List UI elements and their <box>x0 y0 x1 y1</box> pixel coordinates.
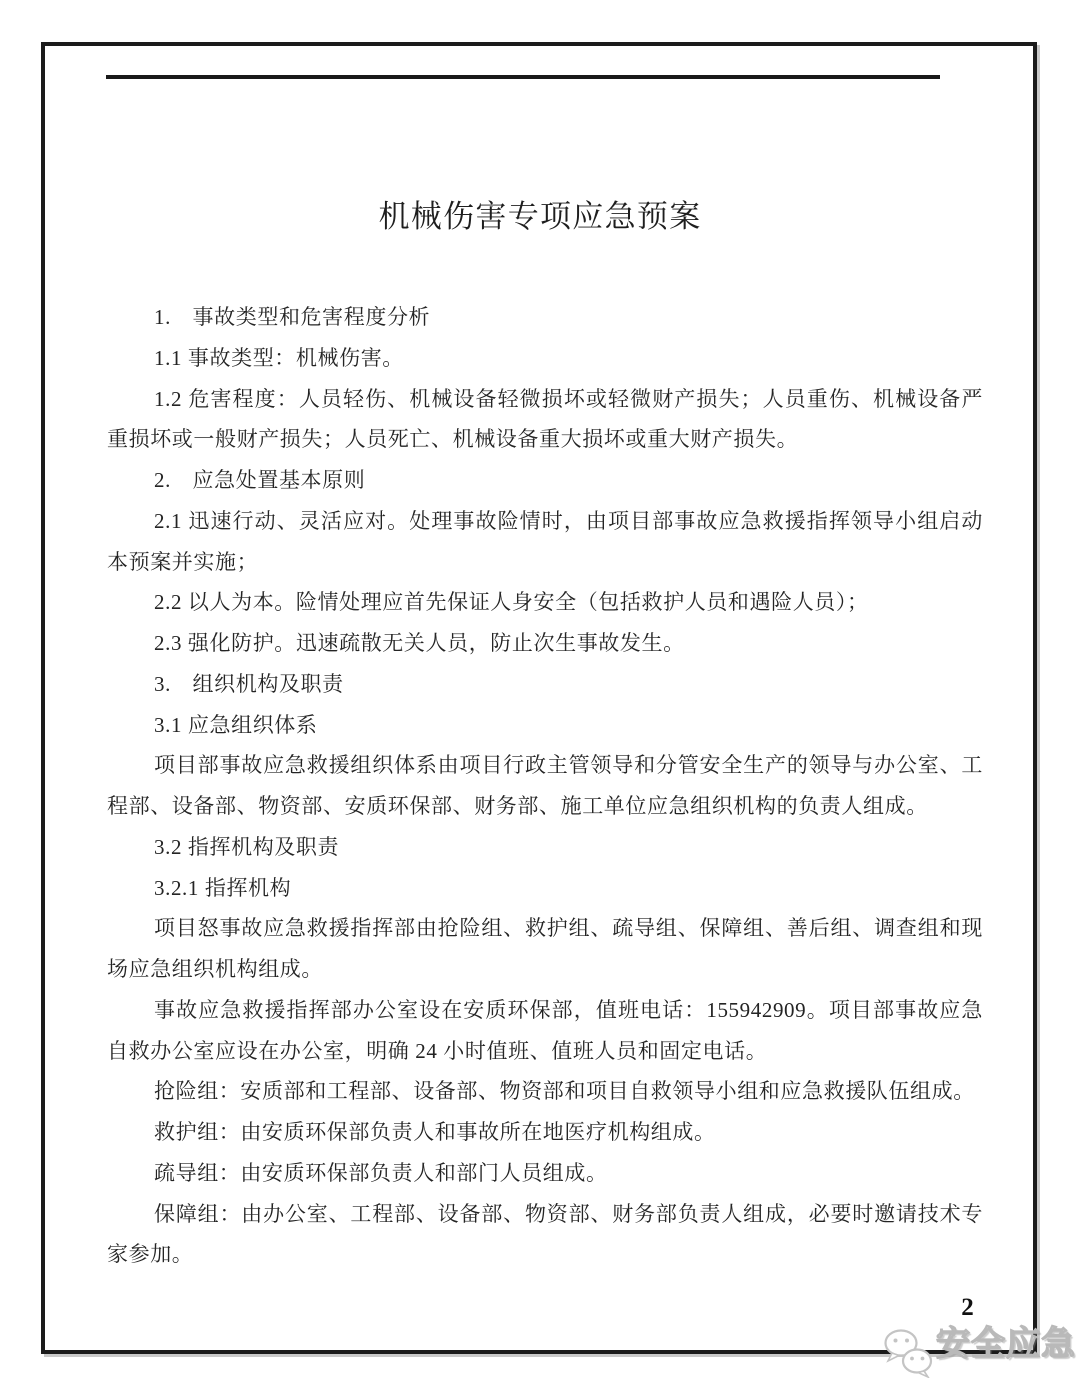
paragraph: 2.3 强化防护。迅速疏散无关人员，防止次生事故发生。 <box>107 623 983 664</box>
header-rule <box>106 75 940 79</box>
paragraph: 2.1 迅速行动、灵活应对。处理事故险情时，由项目部事故应急救援指挥领导小组启动… <box>107 501 983 583</box>
paragraph: 3.2.1 指挥机构 <box>107 868 983 909</box>
paragraph: 1.1 事故类型：机械伤害。 <box>107 338 983 379</box>
paragraph: 项目怒事故应急救援指挥部由抢险组、救护组、疏导组、保障组、善后组、调查组和现场应… <box>107 908 983 990</box>
paragraph: 项目部事故应急救援组织体系由项目行政主管领导和分管安全生产的领导与办公室、工程部… <box>107 745 983 827</box>
paragraph: 救护组：由安质环保部负责人和事故所在地医疗机构组成。 <box>107 1112 983 1153</box>
paragraph: 1.2 危害程度：人员轻伤、机械设备轻微损坏或轻微财产损失；人员重伤、机械设备严… <box>107 379 983 461</box>
paragraph: 抢险组：安质部和工程部、设备部、物资部和项目自救领导小组和应急救援队伍组成。 <box>107 1071 983 1112</box>
paragraph: 2.2 以人为本。险情处理应首先保证人身安全（包括救护人员和遇险人员）； <box>107 582 983 623</box>
paragraph: 3. 组织机构及职责 <box>107 664 983 705</box>
paragraph: 事故应急救援指挥部办公室设在安质环保部，值班电话：155942909。项目部事故… <box>107 990 983 1072</box>
document-body: 1. 事故类型和危害程度分析1.1 事故类型：机械伤害。1.2 危害程度：人员轻… <box>107 297 983 1275</box>
paragraph: 保障组：由办公室、工程部、设备部、物资部、财务部负责人组成，必要时邀请技术专家参… <box>107 1194 983 1276</box>
paragraph: 疏导组：由安质环保部负责人和部门人员组成。 <box>107 1153 983 1194</box>
paragraph: 3.2 指挥机构及职责 <box>107 827 983 868</box>
page-number: 2 <box>940 1294 995 1322</box>
document-page: 机械伤害专项应急预案 1. 事故类型和危害程度分析1.1 事故类型：机械伤害。1… <box>0 0 1080 1397</box>
paragraph: 1. 事故类型和危害程度分析 <box>107 297 983 338</box>
paragraph: 2. 应急处置基本原则 <box>107 460 983 501</box>
paragraph: 3.1 应急组织体系 <box>107 705 983 746</box>
document-title: 机械伤害专项应急预案 <box>0 196 1080 238</box>
